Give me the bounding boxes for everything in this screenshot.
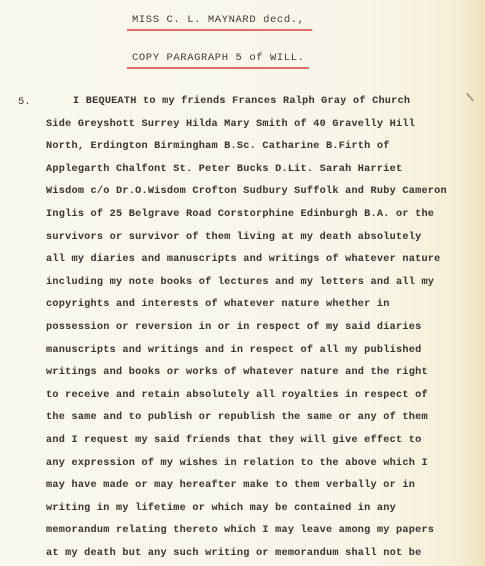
paragraph-line: and I request my said friends that they … — [46, 435, 421, 446]
paragraph-line: Applegarth Chalfont St. Peter Bucks D.Li… — [46, 164, 402, 175]
paragraph-line: copyrights and interests of whatever nat… — [46, 299, 390, 310]
paragraph-line: Inglis of 25 Belgrave Road Corstorphine … — [46, 209, 434, 220]
paragraph-line: writing in my lifetime or which may be c… — [46, 503, 396, 514]
heading-subtitle: COPY PARAGRAPH 5 of WILL. — [132, 52, 305, 64]
paragraph-line: survivors or survivor of them living at … — [46, 232, 421, 243]
paragraph-line: the same and to publish or republish the… — [46, 412, 428, 423]
paragraph-number: 5. — [18, 96, 31, 108]
paragraph-line: may have made or may hereafter make to t… — [46, 480, 415, 491]
paragraph-line: to receive and retain absolutely all roy… — [46, 390, 428, 401]
paragraph-line: memorandum relating thereto which I may … — [46, 525, 434, 536]
paragraph-line: any expression of my wishes in relation … — [46, 458, 428, 469]
paragraph-line: North, Erdington Birmingham B.Sc. Cathar… — [46, 141, 390, 152]
paragraph-line: all my diaries and manuscripts and writi… — [46, 254, 441, 265]
paragraph-line: manuscripts and writings and in respect … — [46, 345, 421, 356]
paragraph-line: writings and books or works of whatever … — [46, 367, 428, 378]
paragraph-line: Wisdom c/o Dr.O.Wisdom Crofton Sudbury S… — [46, 186, 447, 197]
heading-subtitle-underline — [127, 67, 309, 69]
document-page: MISS C. L. MAYNARD decd., COPY PARAGRAPH… — [0, 0, 485, 566]
paragraph-line: I BEQUEATH to my friends Frances Ralph G… — [73, 96, 410, 107]
paragraph-line: at my death but any such writing or memo… — [46, 548, 421, 559]
heading-title: MISS C. L. MAYNARD decd., — [132, 14, 305, 26]
paragraph-line: including my note books of lectures and … — [46, 277, 434, 288]
paper-edge-shading — [463, 0, 485, 566]
heading-title-underline — [127, 29, 312, 31]
paragraph-line: possession or reversion in or in respect… — [46, 322, 421, 333]
paragraph-line: Side Greyshott Surrey Hilda Mary Smith o… — [46, 119, 415, 130]
